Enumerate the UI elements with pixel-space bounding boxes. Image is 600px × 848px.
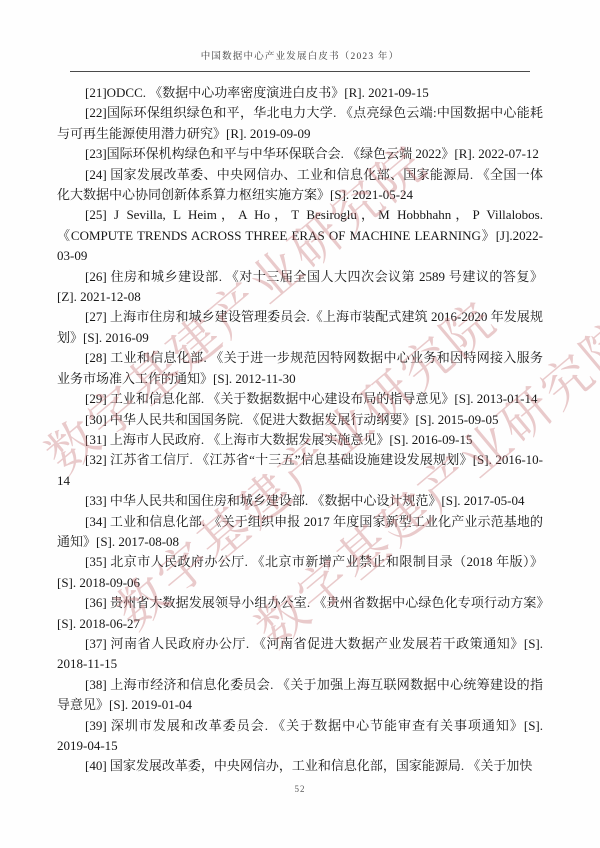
reference-entry: [31] 上海市人民政府. 《上海市大数据发展实施意见》[S]. 2016-09… [57, 430, 543, 450]
reference-entry: [28] 工业和信息化部. 《关于进一步规范因特网数据中心业务和因特网接入服务业… [57, 348, 543, 389]
running-header: 中国数据中心产业发展白皮书（2023 年） [0, 48, 600, 62]
reference-entry: [26] 住房和城乡建设部. 《对十三届全国人大四次会议第 2589 号建议的答… [57, 267, 543, 308]
reference-entry: [35] 北京市人民政府办公厅. 《北京市新增产业禁止和限制目录（2018 年版… [57, 552, 543, 593]
reference-entry: [37] 河南省人民政府办公厅. 《河南省促进大数据产业发展若干政策通知》[S]… [57, 634, 543, 675]
header-rule [70, 71, 530, 72]
document-page: 中国数据中心产业发展白皮书（2023 年） [21]ODCC. 《数据中心功率密… [0, 0, 600, 848]
reference-entry: [39] 深圳市发展和改革委员会. 《关于数据中心节能审查有关事项通知》[S].… [57, 716, 543, 757]
reference-entry: [24] 国家发展改革委、中央网信办、工业和信息化部、国家能源局. 《全国一体化… [57, 165, 543, 206]
reference-entry: [40] 国家发展改革委，中央网信办，工业和信息化部，国家能源局. 《关于加快 [57, 756, 543, 776]
reference-list: [21]ODCC. 《数据中心功率密度演进白皮书》[R]. 2021-09-15… [57, 83, 543, 777]
reference-entry: [33] 中华人民共和国住房和城乡建设部. 《数据中心设计规范》[S]. 201… [57, 491, 543, 511]
reference-entry: [30] 中华人民共和国国务院. 《促进大数据发展行动纲要》[S]. 2015-… [57, 410, 543, 430]
page-number: 52 [0, 784, 600, 794]
reference-entry: [21]ODCC. 《数据中心功率密度演进白皮书》[R]. 2021-09-15 [57, 83, 543, 103]
reference-entry: [38] 上海市经济和信息化委员会. 《关于加强上海互联网数据中心统筹建设的指导… [57, 675, 543, 716]
reference-entry: [36] 贵州省大数据发展领导小组办公室. 《贵州省数据中心绿色化专项行动方案》… [57, 593, 543, 634]
reference-entry: [23]国际环保机构绿色和平与中华环保联合会. 《绿色云端 2022》[R]. … [57, 144, 543, 164]
reference-entry: [22]国际环保组织绿色和平，华北电力大学. 《点亮绿色云端:中国数据中心能耗与… [57, 103, 543, 144]
reference-entry: [34] 工业和信息化部. 《关于组织申报 2017 年度国家新型工业化产业示范… [57, 512, 543, 553]
reference-entry: [25] J Sevilla, L Heim，A Ho，T Besiroglu，… [57, 205, 543, 266]
reference-entry: [32] 江苏省工信厅. 《江苏省“十三五”信息基础设施建设发展规划》[S]. … [57, 450, 543, 491]
reference-entry: [29] 工业和信息化部. 《关于数据数据中心建设布局的指导意见》[S]. 20… [57, 389, 543, 409]
reference-entry: [27] 上海市住房和城乡建设管理委员会.《上海市装配式建筑 2016-2020… [57, 307, 543, 348]
